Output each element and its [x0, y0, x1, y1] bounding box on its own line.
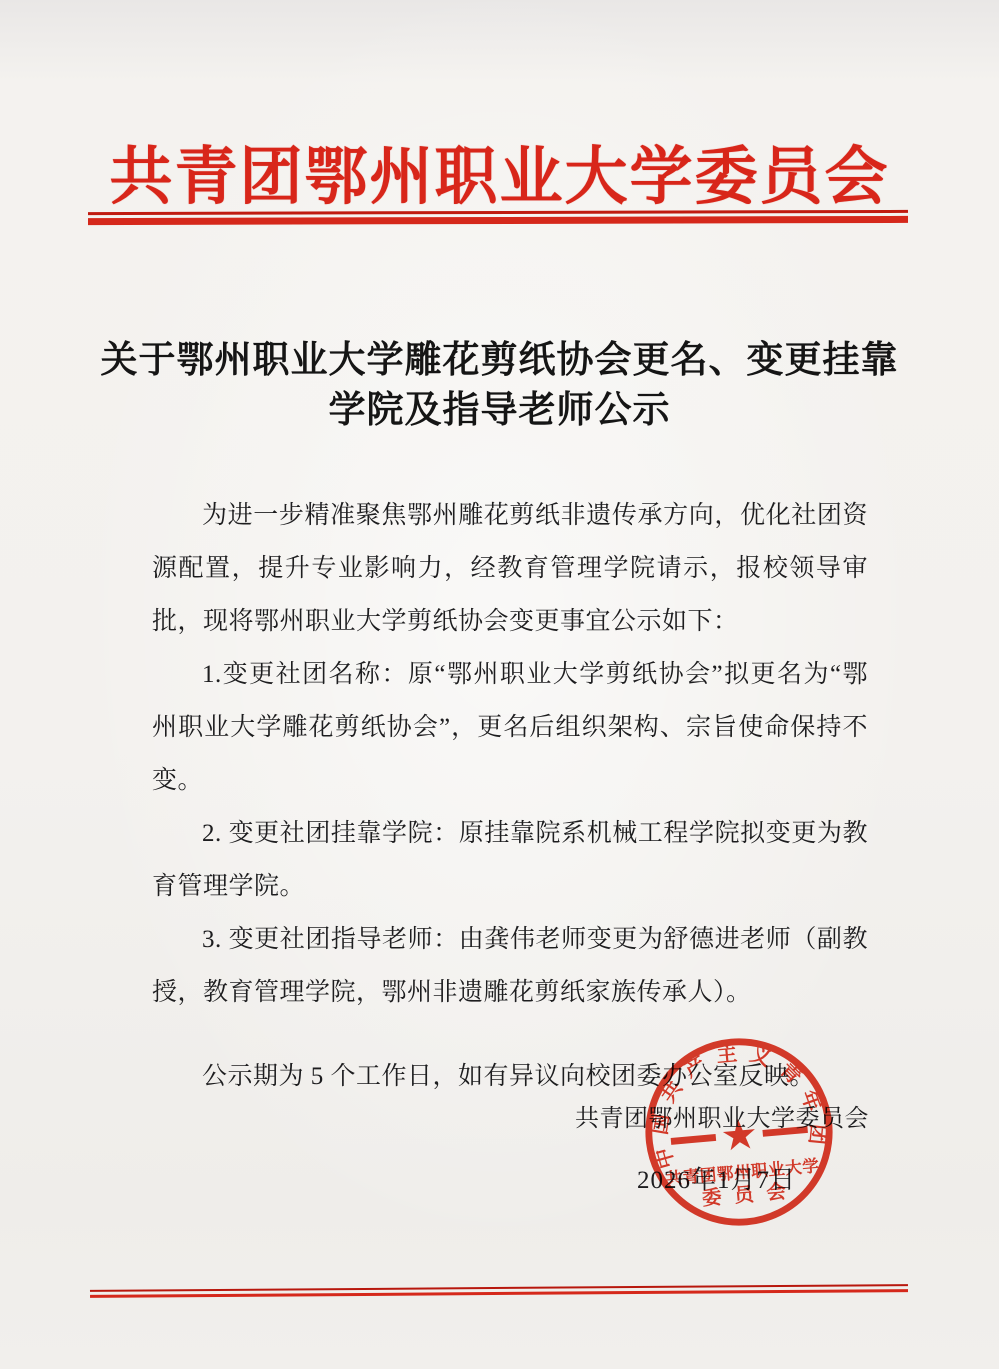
document-title-line2: 学院及指导老师公示	[0, 386, 999, 436]
letterhead-org-name: 共青团鄂州职业大学委员会	[0, 126, 999, 217]
body-paragraph-intro: 为进一步精准聚焦鄂州雕花剪纸非遗传承方向，优化社团资源配置，提升专业影响力，经教…	[152, 489, 868, 648]
document-title-line1: 关于鄂州职业大学雕花剪纸协会更名、变更挂靠	[0, 336, 999, 386]
body-paragraph-item-1: 1.变更社团名称：原“鄂州职业大学剪纸协会”拟更名为“鄂州职业大学雕花剪纸协会”…	[152, 648, 868, 807]
letterhead-divider	[88, 210, 908, 225]
document-title: 关于鄂州职业大学雕花剪纸协会更名、变更挂靠 学院及指导老师公示	[0, 336, 999, 436]
seal-star-icon: ★	[721, 1114, 758, 1158]
body-paragraph-item-3: 3. 变更社团指导老师：由龚伟老师变更为舒德进老师（副教授，教育管理学院，鄂州非…	[152, 913, 868, 1019]
seal-bar-right	[762, 1126, 808, 1137]
footer-divider	[90, 1284, 908, 1298]
letterhead-divider-thick-line	[88, 216, 908, 225]
seal-bar-left	[671, 1134, 717, 1145]
document-page: 共青团鄂州职业大学委员会 关于鄂州职业大学雕花剪纸协会更名、变更挂靠 学院及指导…	[0, 0, 999, 1369]
body-paragraph-item-2: 2. 变更社团挂靠学院：原挂靠院系机械工程学院拟变更为教育管理学院。	[152, 807, 868, 913]
document-body: 为进一步精准聚焦鄂州雕花剪纸非遗传承方向，优化社团资源配置，提升专业影响力，经教…	[152, 489, 868, 1103]
official-seal-graphic: 中国共产主义青年团 ★ 共青团鄂州职业大学 委员会	[633, 1026, 845, 1238]
official-seal: 中国共产主义青年团 ★ 共青团鄂州职业大学 委员会	[633, 1026, 845, 1238]
